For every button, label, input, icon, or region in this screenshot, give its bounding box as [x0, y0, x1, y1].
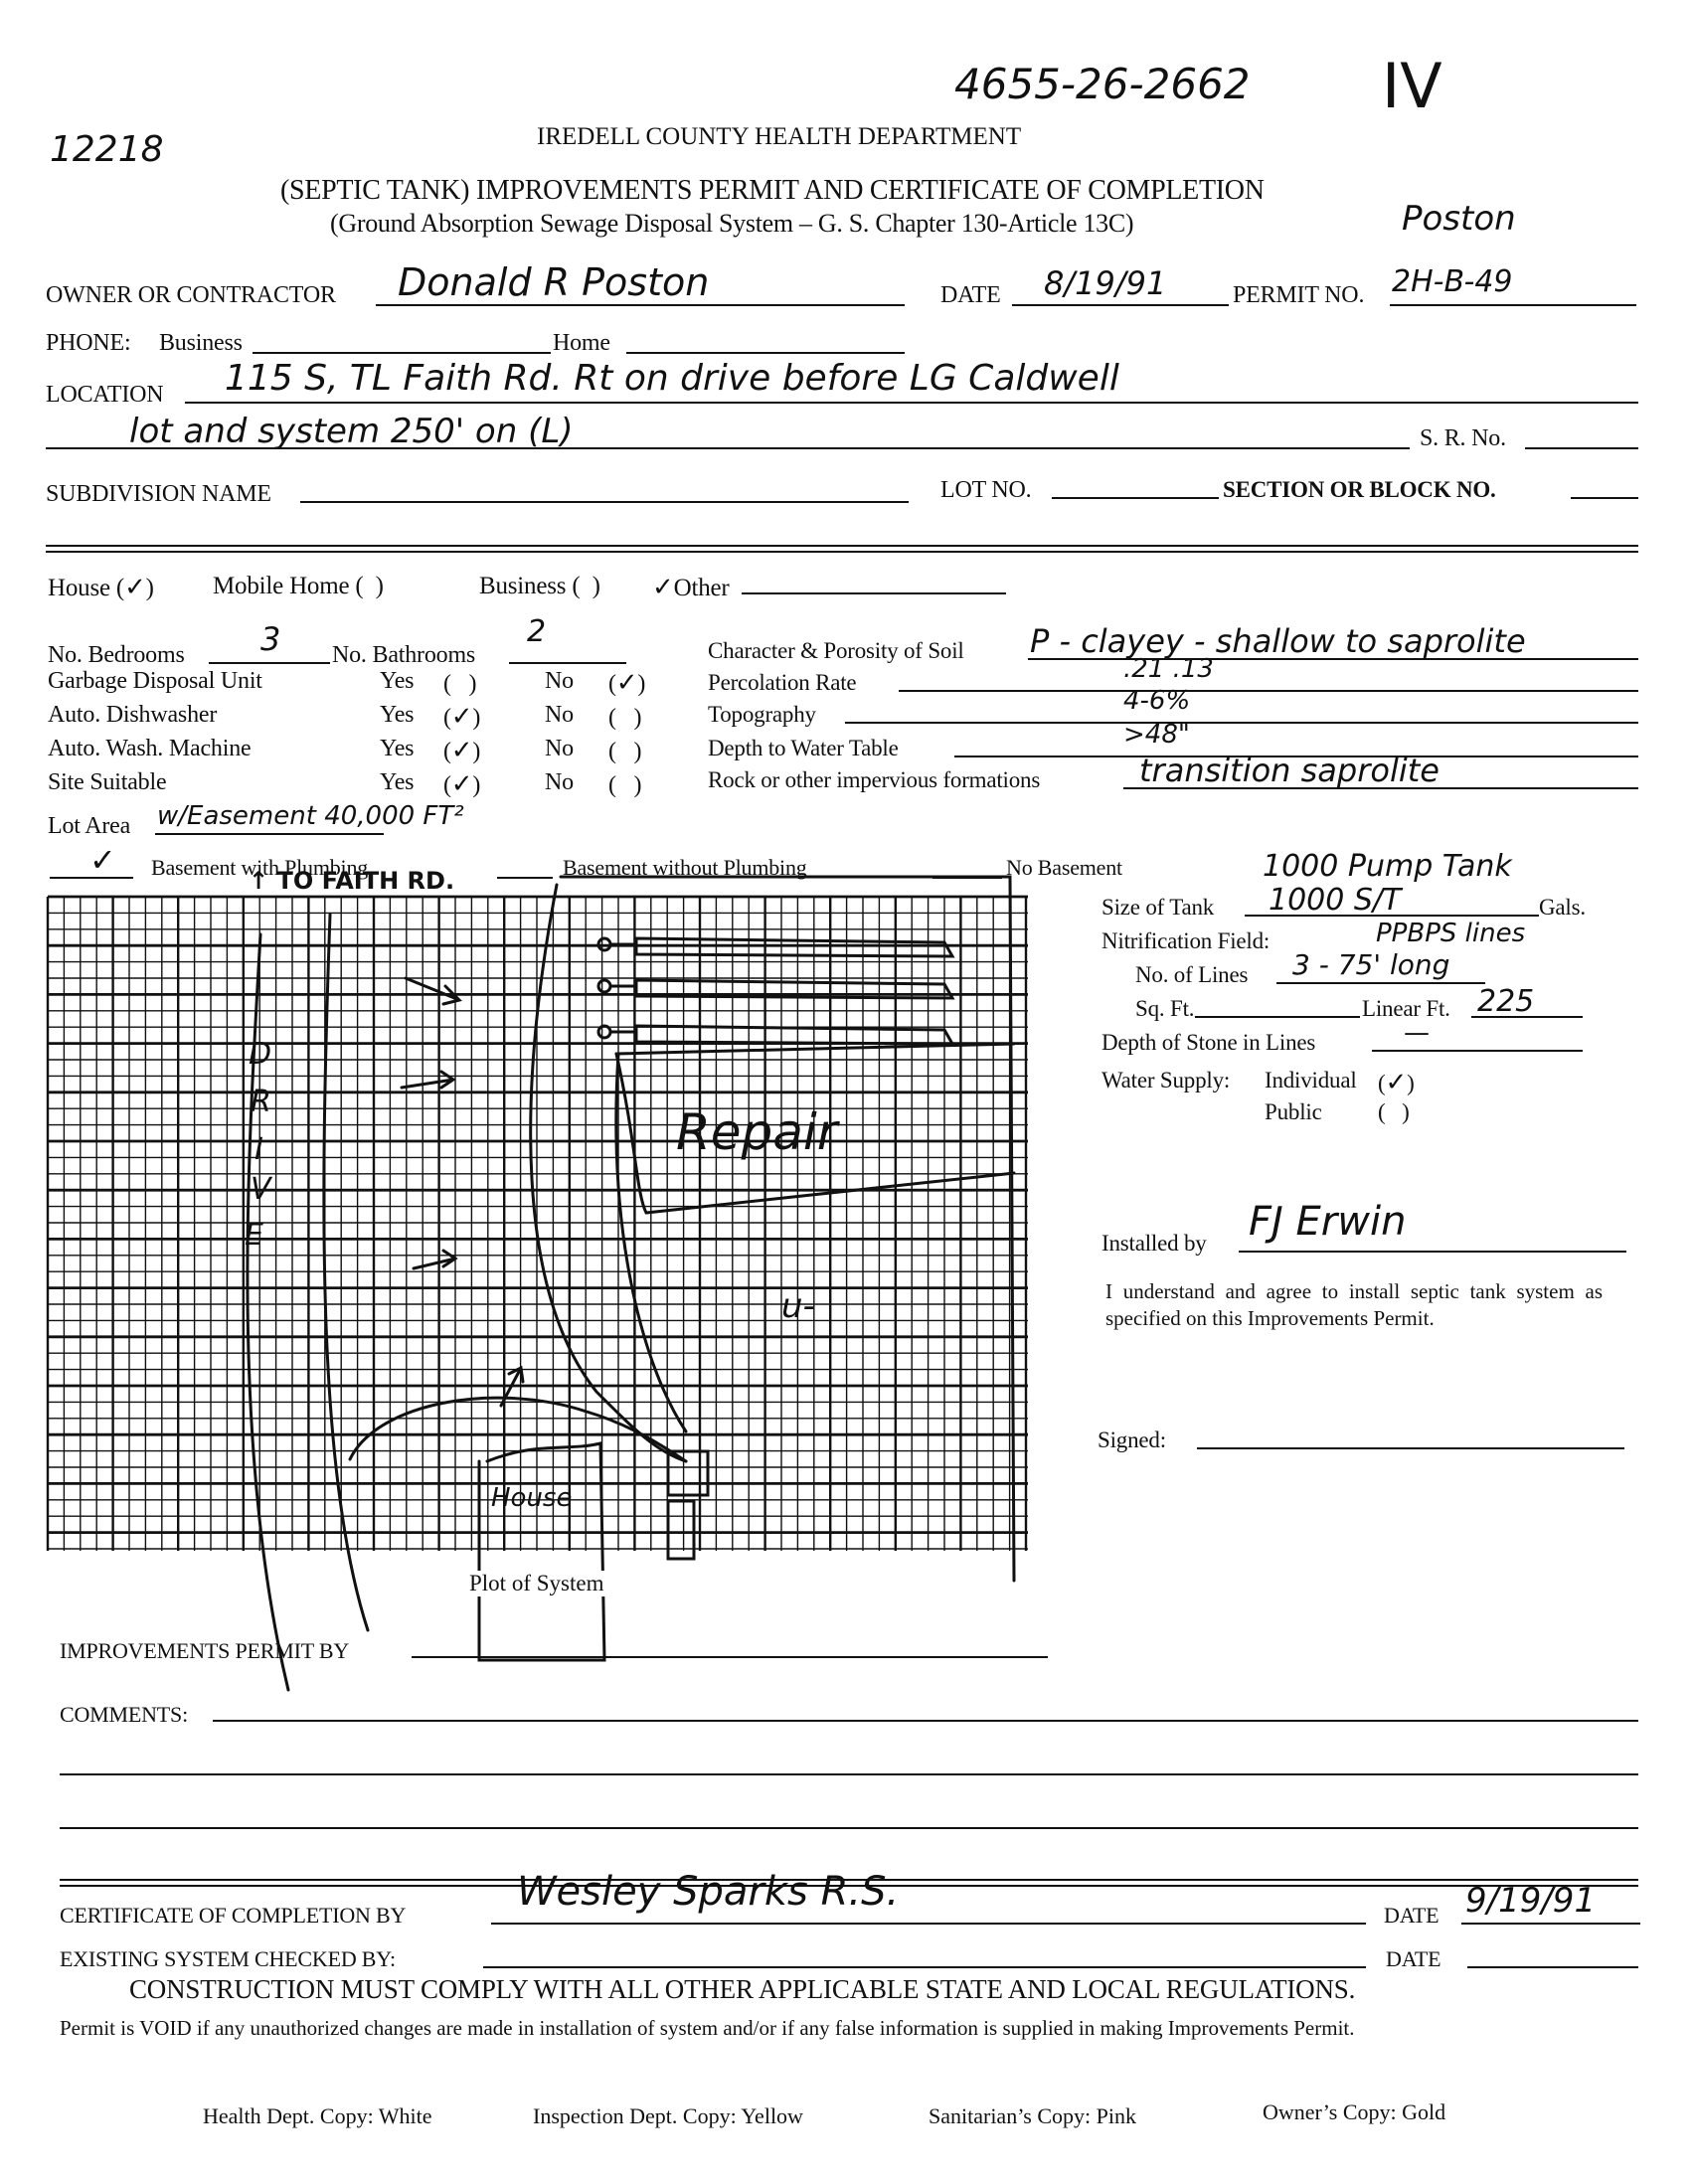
- copy-health-dept: Health Dept. Copy: White: [203, 2103, 432, 2129]
- existing-system-label: EXISTING SYSTEM CHECKED BY:: [60, 1946, 396, 1972]
- permit-by-label: IMPROVEMENTS PERMIT BY: [60, 1638, 349, 1664]
- void-notice: Permit is VOID if any unauthorized chang…: [60, 2016, 1511, 2041]
- copy-sanitarian: Sanitarian’s Copy: Pink: [929, 2103, 1136, 2129]
- svg-text:I: I: [254, 1132, 263, 1167]
- copy-owner: Owner’s Copy: Gold: [1263, 2100, 1445, 2125]
- certificate-field[interactable]: Wesley Sparks R.S.: [517, 1869, 899, 1915]
- repair-label: Repair: [676, 1103, 837, 1161]
- svg-text:D: D: [249, 1037, 271, 1072]
- copy-inspection-dept: Inspection Dept. Copy: Yellow: [533, 2103, 803, 2129]
- certificate-date-field[interactable]: 9/19/91: [1465, 1881, 1596, 1921]
- road-label: ↑ TO FAITH RD.: [249, 867, 454, 895]
- house-label: House: [491, 1483, 572, 1513]
- svg-text:V: V: [251, 1172, 273, 1207]
- plot-caption: Plot of System: [467, 1571, 605, 1596]
- comments-label: COMMENTS:: [60, 1702, 188, 1728]
- compliance-notice: CONSTRUCTION MUST COMPLY WITH ALL OTHER …: [129, 1974, 1355, 2005]
- misc-mark: u-: [781, 1286, 815, 1326]
- svg-text:E: E: [245, 1218, 263, 1253]
- certificate-date-label: DATE: [1384, 1903, 1439, 1929]
- certificate-label: CERTIFICATE OF COMPLETION BY: [60, 1903, 406, 1929]
- plot-of-system-grid: DRIVE: [0, 0, 1694, 2184]
- existing-date-label: DATE: [1386, 1946, 1440, 1972]
- svg-text:R: R: [251, 1085, 271, 1119]
